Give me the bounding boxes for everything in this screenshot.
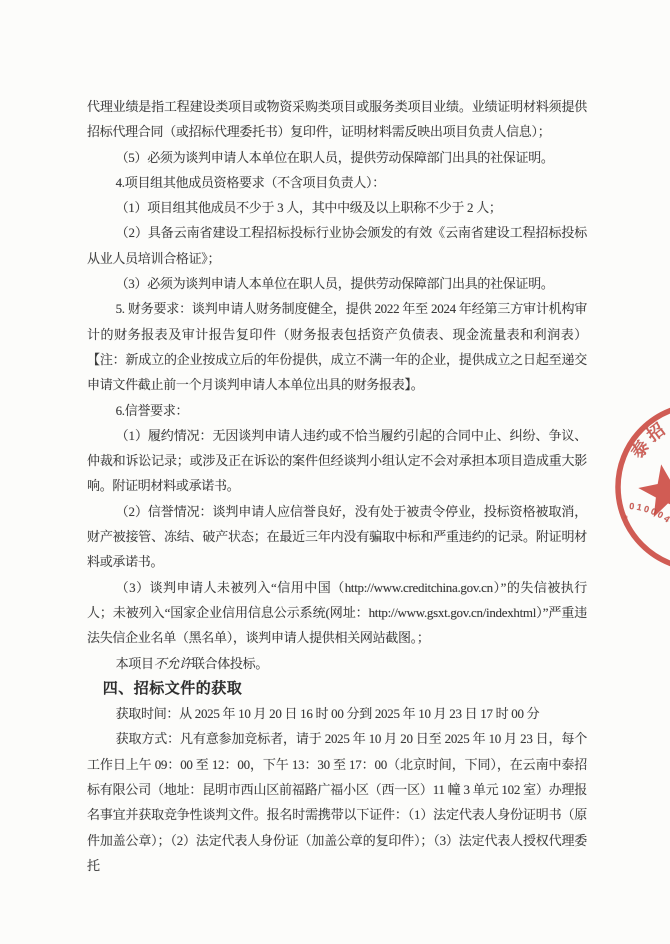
official-seal: 泰招 010004: [612, 405, 670, 570]
seal-company-text: 泰招: [627, 417, 670, 462]
seal-arc-path-top: [641, 425, 670, 460]
document-page: 代理业绩是指工程建设类项目或物资采购类项目或服务类项目业绩。业绩证明材料须提供招…: [0, 0, 670, 944]
paragraph: 4.项目组其他成员资格要求（不含项目负责人）：: [87, 170, 587, 195]
paragraph: （3）谈判申请人未被列入“信用中国（http://www.creditchina…: [87, 575, 587, 651]
text-run: 联合体投标。: [192, 656, 268, 671]
seal-arc-path-bottom: [629, 509, 670, 558]
section-heading: 四、招标文件的获取: [87, 676, 587, 701]
seal-speck: [624, 515, 627, 518]
paragraph: （2）信誉情况：谈判申请人应信誉良好，没有处于被责令停业，投标资格被取消，财产被…: [87, 499, 587, 575]
star-icon: [635, 460, 670, 519]
paragraph-continuation: 代理业绩是指工程建设类项目或物资采购类项目或服务类项目业绩。业绩证明材料须提供招…: [87, 94, 587, 145]
seal-serial-text: 010004: [629, 501, 670, 526]
paragraph: （1）履约情况：无因谈判申请人违约或不恰当履约引起的合同中止、纠纷、争议、仲裁和…: [87, 423, 587, 499]
paragraph: （5）必须为谈判申请人本单位在职人员，提供劳动保障部门出具的社保证明。: [87, 145, 587, 170]
paragraph: （1）项目组其他成员不少于 3 人，其中中级及以上职称不少于 2 人；: [87, 195, 587, 220]
paragraph: （2）具备云南省建设工程招标投标行业协会颁发的有效《云南省建设工程招标投标从业人…: [87, 220, 587, 271]
text-block: 代理业绩是指工程建设类项目或物资采购类项目或服务类项目业绩。业绩证明材料须提供招…: [87, 94, 587, 878]
paragraph-acquisition-time: 获取时间：从 2025 年 10 月 20 日 16 时 00 分到 2025 …: [87, 701, 587, 726]
paragraph-acquisition-method: 获取方式：凡有意参加竞标者，请于 2025 年 10 月 20 日至 2025 …: [87, 726, 587, 878]
paragraph: 5. 财务要求：谈判申请人财务制度健全，提供 2022 年至 2024 年经第三…: [87, 296, 587, 397]
text-run-italic: 不允许: [154, 656, 192, 671]
paragraph: （3）必须为谈判申请人本单位在职人员，提供劳动保障部门出具的社保证明。: [87, 271, 587, 296]
paragraph: 6.信誉要求：: [87, 398, 587, 423]
text-run: 本项目: [116, 656, 154, 671]
seal-border: [618, 405, 670, 569]
paragraph-joint-bid: 本项目不允许联合体投标。: [87, 651, 587, 676]
